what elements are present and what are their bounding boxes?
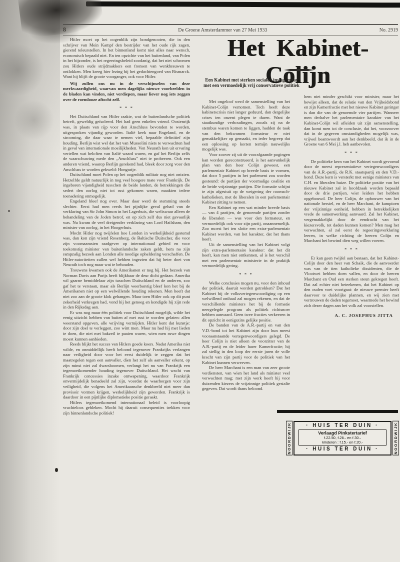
ad-region-label-left: NOORDWIJK bbox=[286, 421, 293, 455]
advertisement-huis-ter-duin: NOORDWIJK · HUIS TER DUIN · Verlaagd Pin… bbox=[286, 421, 399, 467]
article-byline: A. C. JOSEPHUS JITTA bbox=[304, 313, 399, 318]
scan-speck-2 bbox=[8, 210, 10, 212]
scan-speck bbox=[55, 468, 58, 472]
left-column: Hitler moet op het oogenblik zijn bondge… bbox=[63, 37, 190, 447]
paragraph: Duitschland moet Polen op het oogenblik … bbox=[63, 172, 190, 198]
scan-top-edge bbox=[86, 1, 400, 7]
paragraph: Voor zoover zij uit de voorafgaande pogi… bbox=[202, 152, 290, 205]
article-intro: Een Kabinet met sterken socialen inslag,… bbox=[203, 78, 300, 89]
middle-column: Met ongeloof werd de samenstelling van h… bbox=[202, 99, 290, 455]
paragraph: Er was nog maar één politiek voor Duitsc… bbox=[63, 310, 190, 342]
masthead: De Groene Amsterdammer van 27 Mei 1933 bbox=[178, 28, 267, 34]
issue-number: No. 2919 bbox=[379, 28, 398, 34]
paragraph: De banden van de A.R.-partij en van den … bbox=[202, 323, 290, 365]
paragraph: Trouwens kwamen ook de Amerikanen er nog… bbox=[63, 267, 190, 309]
ad-tariff-box: Verlaagd Pinkstertarief f.22.50, f.26.- … bbox=[299, 430, 387, 446]
section-separator: * * * bbox=[304, 247, 399, 252]
paragraph: Welke conclusies mogen nu, voor den inho… bbox=[202, 280, 290, 322]
newspaper-page: 8 De Groene Amsterdammer van 27 Mei 1933… bbox=[0, 0, 400, 562]
paragraph: Mocht Hitler nog twijfelen hoe Londen in… bbox=[63, 230, 190, 267]
paragraph: Engeland bleef nog over. Maar daar werd … bbox=[63, 199, 190, 231]
paragraph: Hitlers tegemoetkomend internationaal be… bbox=[63, 400, 190, 416]
section-divider-rule bbox=[277, 410, 398, 413]
paragraph: De politieke kern van het Kabinet wordt … bbox=[304, 159, 399, 244]
ad-hotel-name-top: · HUIS TER DUIN · bbox=[295, 423, 391, 429]
paragraph: Reeds blijkt het succes van Hitlers goed… bbox=[63, 342, 190, 400]
paragraph: hem niet minder geschikt voor minister, … bbox=[304, 94, 399, 147]
ad-hotel-name-bottom: · HUIS TER DUIN · bbox=[295, 447, 391, 453]
paragraph: Een Kabinet op een wat minder breede bas… bbox=[202, 205, 290, 242]
paragraph: De heer Marchant is een man van zeer gro… bbox=[202, 365, 290, 391]
headline-ornament bbox=[284, 69, 314, 71]
article-intro-block: Een Kabinet met sterken socialen inslag,… bbox=[203, 78, 300, 100]
section-separator: * * * bbox=[202, 272, 290, 277]
ad-region-label-right: NOORDWIJK bbox=[393, 421, 400, 455]
paragraph: Hitler moet op het oogenblik zijn bondge… bbox=[63, 37, 190, 79]
paragraph: Met ongeloof werd de samenstelling van h… bbox=[202, 99, 290, 152]
right-column: hem niet minder geschikt voor minister, … bbox=[304, 94, 399, 408]
section-separator: * * * bbox=[63, 106, 190, 111]
scan-left-noise bbox=[0, 0, 60, 562]
page-number: 8 bbox=[63, 26, 66, 34]
paragraph: Er kan geen twijfel aan bestaan, dat het… bbox=[304, 255, 399, 308]
section-separator: * * * bbox=[304, 150, 399, 155]
ad-tariff-children: kinderen : f.15.- en f.20.- bbox=[300, 440, 385, 445]
paragraph: Wij zullen ons nu in de verschijnselen v… bbox=[63, 81, 190, 102]
paragraph: Het Duitschland van Hitler raakte, wat d… bbox=[63, 114, 190, 172]
paragraph: Uit de samenstelling van het Kabinet vol… bbox=[202, 242, 290, 268]
ad-box: · HUIS TER DUIN · Verlaagd Pinkstertarie… bbox=[294, 421, 392, 455]
